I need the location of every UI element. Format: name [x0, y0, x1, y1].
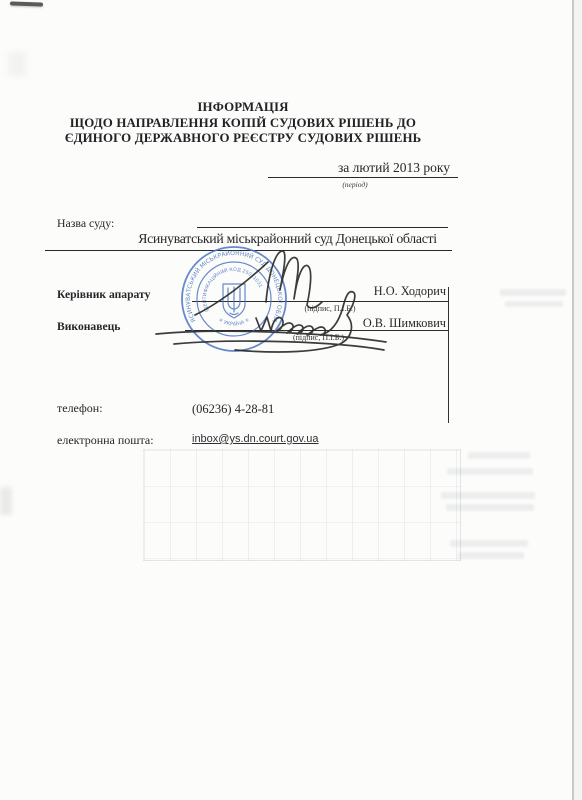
handwritten-signatures: [140, 245, 400, 360]
email-label: електронна пошта:: [57, 433, 154, 448]
court-name-label: Назва суду:: [57, 216, 114, 231]
scanned-document-page: ІНФОРМАЦІЯ ЩОДО НАПРАВЛЕННЯ КОПІЙ СУДОВИ…: [0, 0, 582, 800]
title-line-2: ЩОДО НАПРАВЛЕННЯ КОПІЙ СУДОВИХ РІШЕНЬ ДО: [53, 116, 433, 132]
bleedthrough-text-ghost: [441, 492, 535, 499]
bleedthrough-text-ghost: [447, 468, 533, 475]
scan-artifact-dash: [10, 1, 43, 6]
title-line-1: ІНФОРМАЦІЯ: [53, 100, 433, 116]
signatory-role-executor: Виконавець: [57, 320, 120, 333]
right-border-rule: [448, 287, 449, 423]
title-line-3: ЄДИНОГО ДЕРЖАВНОГО РЕЄСТРУ СУДОВИХ РІШЕН…: [53, 131, 433, 147]
period-value: за лютий 2013 року: [268, 160, 458, 178]
phone-value: (06236) 4-28-81: [192, 402, 274, 417]
scan-smudge: [8, 52, 26, 76]
bleedthrough-text-ghost: [500, 289, 566, 296]
scan-edge-strip: [574, 0, 582, 800]
bleedthrough-text-ghost: [468, 452, 530, 459]
bleedthrough-text-ghost: [505, 301, 563, 307]
signature-executor: [156, 292, 386, 352]
bleedthrough-text-ghost: [446, 504, 534, 511]
bleedthrough-text-ghost: [458, 552, 524, 559]
bleedthrough-text-ghost: [450, 540, 528, 547]
signatory-role-head-of-staff: Керівник апарату: [57, 288, 150, 301]
signature-head-of-staff: [195, 251, 322, 315]
period-caption: (період): [260, 178, 450, 189]
court-name-rule-top: [197, 227, 448, 228]
email-value: inbox@ys.dn.court.gov.ua: [192, 433, 319, 445]
phone-label: телефон:: [57, 401, 103, 416]
scan-smudge: [0, 487, 12, 515]
period-field: за лютий 2013 року (період): [268, 160, 458, 189]
bleedthrough-table-ghost: [143, 449, 461, 561]
document-title: ІНФОРМАЦІЯ ЩОДО НАПРАВЛЕННЯ КОПІЙ СУДОВИ…: [53, 100, 433, 147]
